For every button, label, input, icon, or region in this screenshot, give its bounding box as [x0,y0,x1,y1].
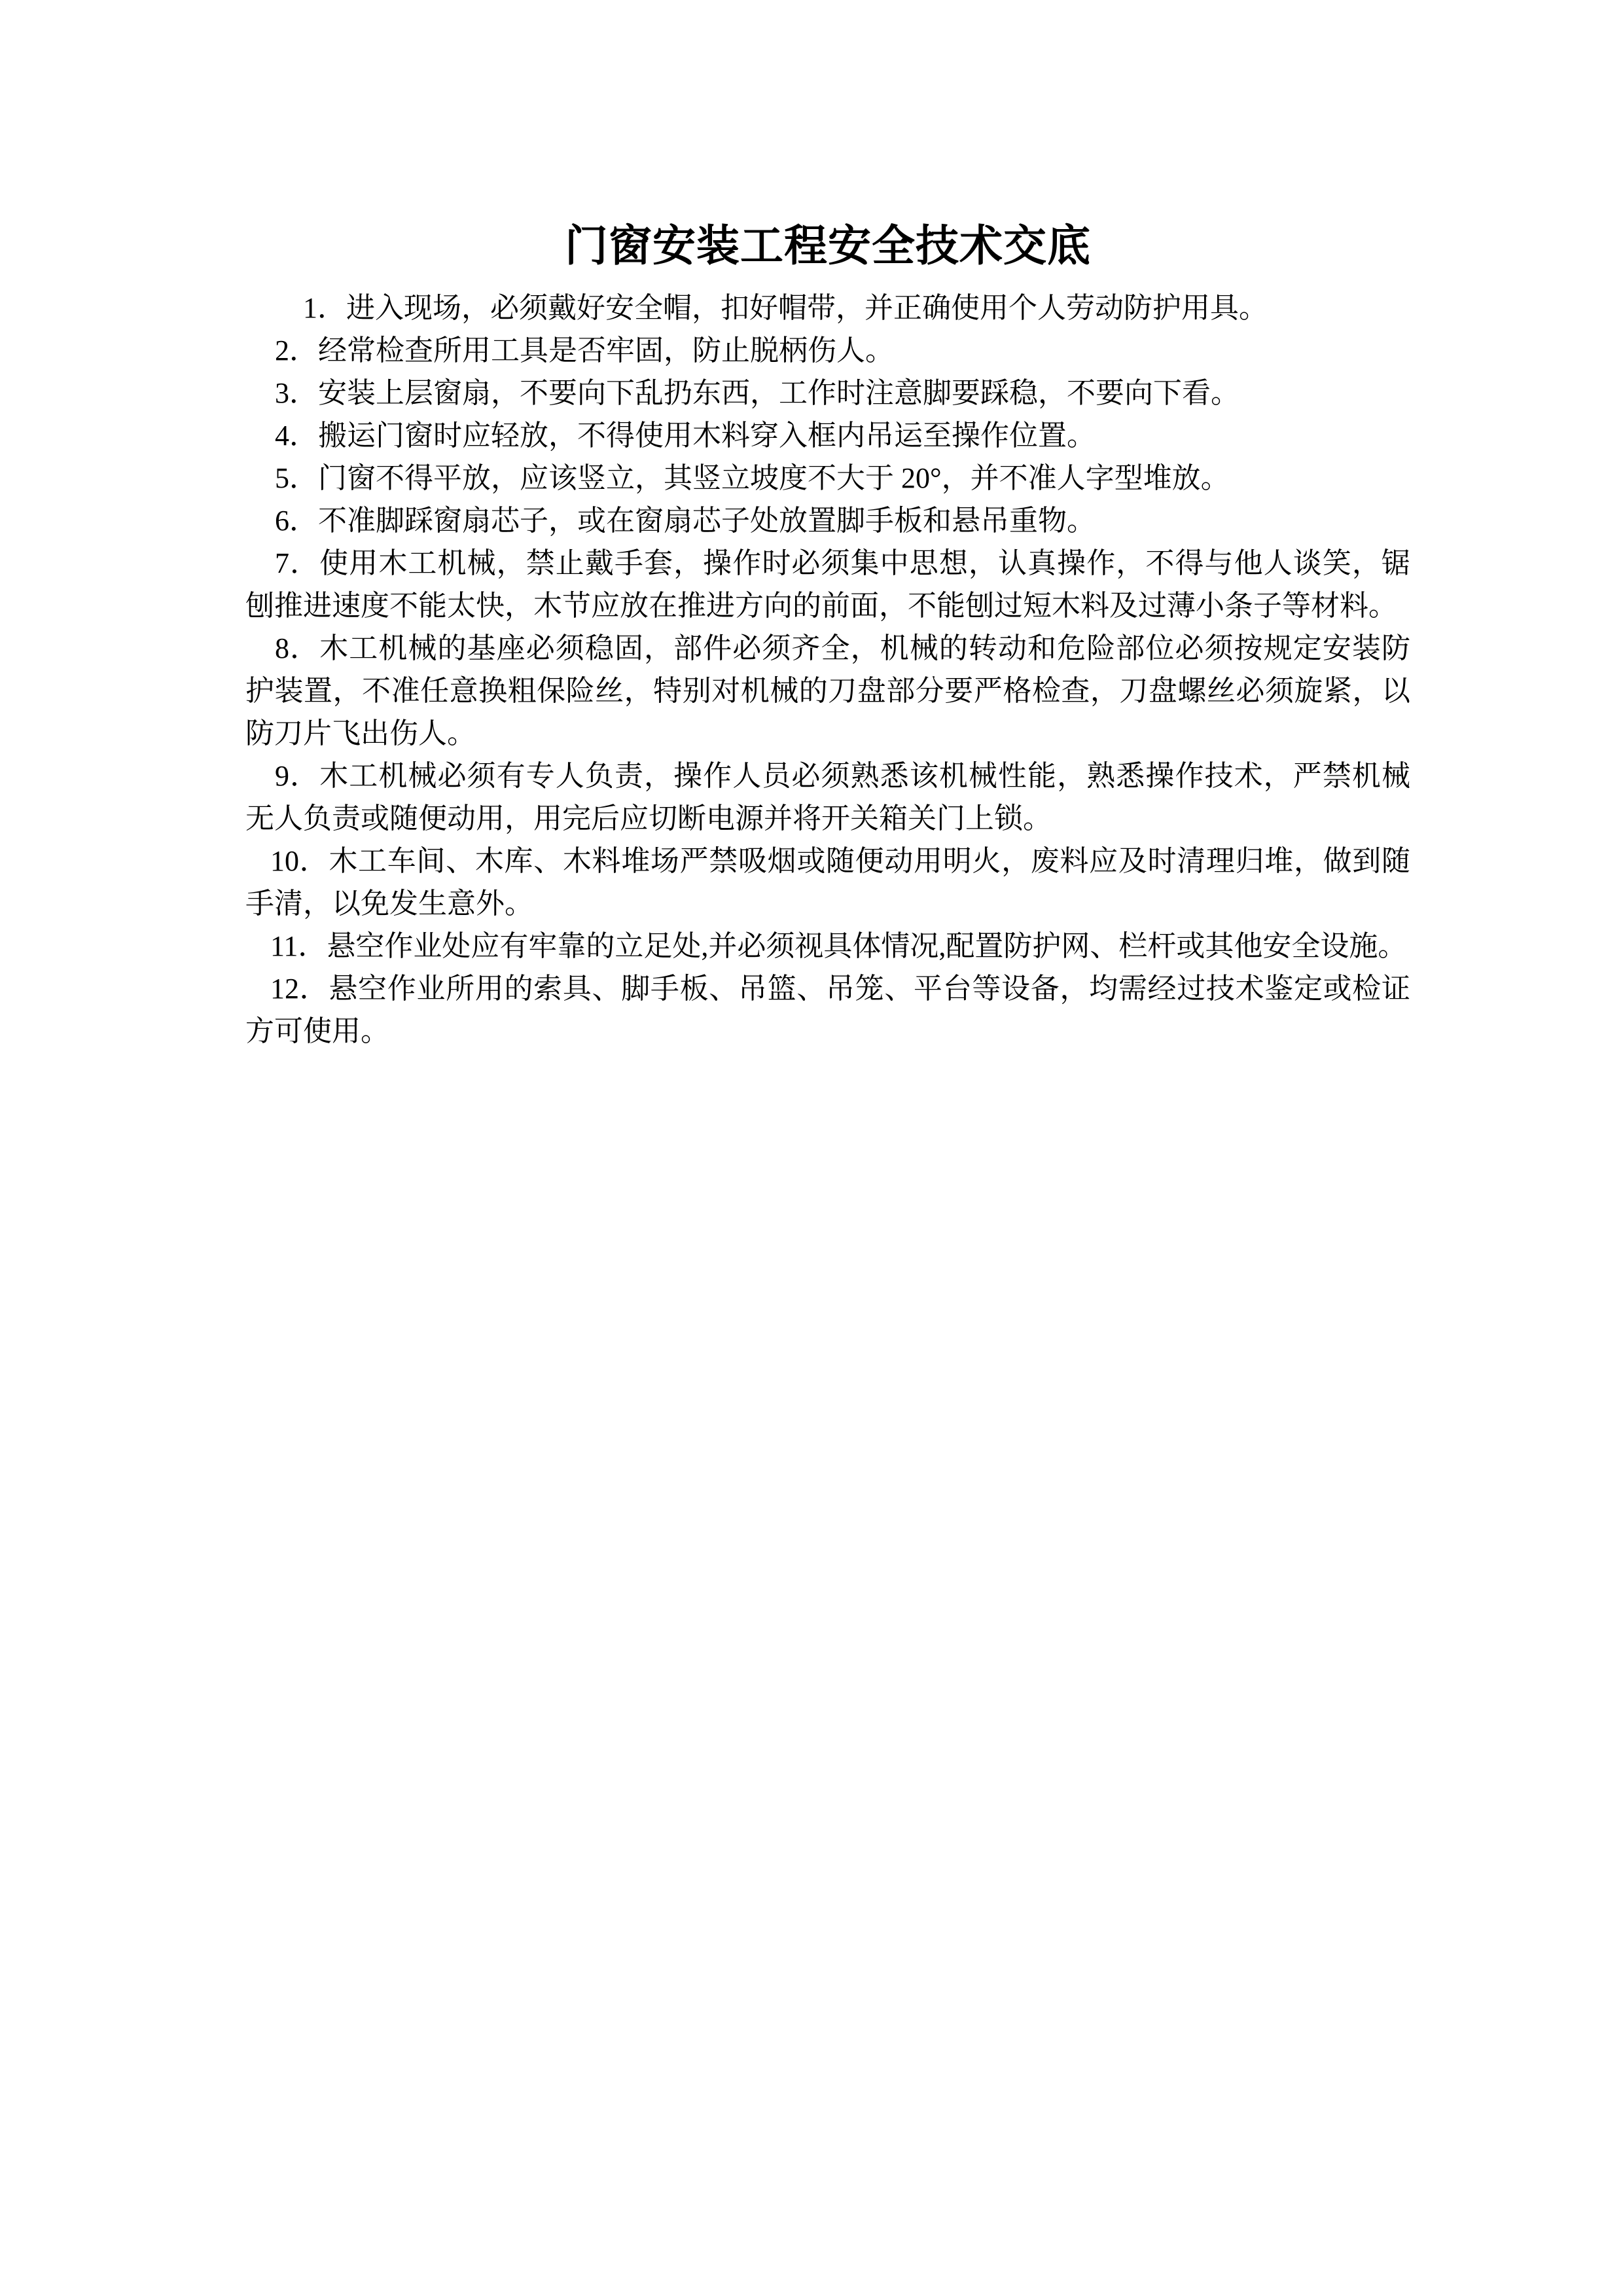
list-item-10: 10．木工车间、木库、木料堆场严禁吸烟或随便动用明火，废料应及时清理归堆，做到随… [245,840,1410,925]
document-body: 1．进入现场，必须戴好安全帽，扣好帽带，并正确使用个人劳动防护用具。 2．经常检… [245,287,1410,1052]
list-item-6: 6．不准脚踩窗扇芯子，或在窗扇芯子处放置脚手板和悬吊重物。 [245,499,1410,542]
list-item-3: 3．安装上层窗扇，不要向下乱扔东西，工作时注意脚要踩稳，不要向下看。 [245,372,1410,414]
list-item-8: 8．木工机械的基座必须稳固，部件必须齐全，机械的转动和危险部位必须按规定安装防护… [245,627,1410,755]
list-item-4: 4．搬运门窗时应轻放，不得使用木料穿入框内吊运至操作位置。 [245,414,1410,457]
list-item-1: 1．进入现场，必须戴好安全帽，扣好帽带，并正确使用个人劳动防护用具。 [245,287,1410,329]
list-item-9: 9．木工机械必须有专人负责，操作人员必须熟悉该机械性能，熟悉操作技术，严禁机械无… [245,755,1410,840]
list-item-2: 2．经常检查所用工具是否牢固，防止脱柄伤人。 [245,329,1410,372]
list-item-5: 5．门窗不得平放，应该竖立，其竖立坡度不大于 20°，并不准人字型堆放。 [245,457,1410,499]
document-title: 门窗安装工程安全技术交底 [245,216,1410,278]
list-item-12: 12．悬空作业所用的索具、脚手板、吊篮、吊笼、平台等设备，均需经过技术鉴定或检证… [245,967,1410,1052]
list-item-7: 7．使用木工机械，禁止戴手套，操作时必须集中思想，认真操作，不得与他人谈笑，锯刨… [245,542,1410,627]
list-item-11: 11．悬空作业处应有牢靠的立足处,并必须视具体情况,配置防护网、栏杆或其他安全设… [245,925,1410,967]
document-page: 门窗安装工程安全技术交底 1．进入现场，必须戴好安全帽，扣好帽带，并正确使用个人… [0,0,1623,2296]
